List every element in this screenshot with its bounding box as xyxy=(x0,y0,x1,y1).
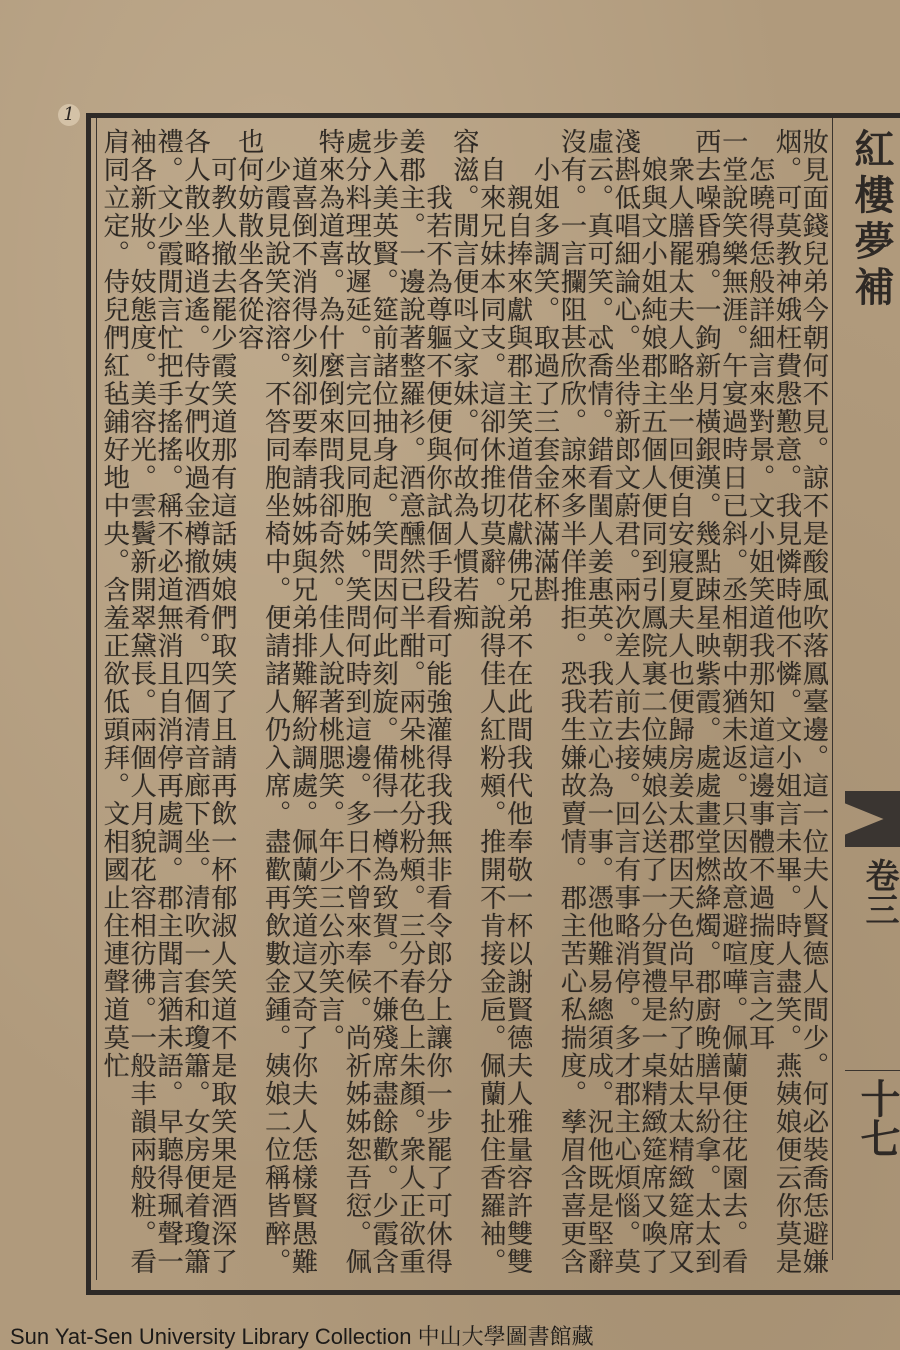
text-column: 怎曉得恁般詳細言來對景。文小姐笑道我那知道這邊事體不過揣度言之耳 xyxy=(747,128,774,1273)
text-column: 肩同立定。侍兒們紅毡鋪好地中央。含羞正欲低頭拜。文相國止住連聲道莫忙 xyxy=(102,128,129,1273)
text-column: 容滋。閒言便呌文家妹。何故為人慣若痴 xyxy=(452,128,479,1273)
text-column: 沒有。一言攔阻甚欣欣。諒來多半佯推拒。恐我生嫌故賣情。郡主苦心私揣度。孳眉含喜更… xyxy=(559,128,586,1273)
book-title: 紅樓夢補 xyxy=(845,128,900,312)
page-number: 十七 xyxy=(851,1078,900,1158)
text-column: 可教人撤去罷少霞笑道那有這話姨娘們取笑了且請再飲一杯郁淑人笑道不是取笑果是酒深了… xyxy=(210,128,237,1273)
text-column: 烟。可莫教神娥枉費慇懃意。我見憐時他不憐。文小姐言未畢。時人盡笑。燕姨娘便云你莫… xyxy=(774,128,801,1273)
text-column: 衆人膳罷太夫人略坐一回便自安寢夏夫人也便歸房姜太郡因天色尚早約了姑太太精緻筵席又… xyxy=(667,128,694,1273)
text-column: 處分料理故遲延。言完回見同胞姊。笑問何時到這邊。多日不曾來奉候。尚祈姊姊恕吾愆。… xyxy=(344,128,371,1273)
band-divider-rule xyxy=(832,118,833,1260)
collection-credit-zh: 中山大學圖書館藏 xyxy=(418,1325,594,1350)
text-column: 自來兄妹本同支。這卻休推切莫辭。說得佳人紅粉頰。推開不肯接金巵。佩蘭扯住香羅袖。… xyxy=(478,128,505,1273)
volume-label: 卷三 xyxy=(849,858,900,926)
text-column: 也何妨散坐各從容 xyxy=(236,128,263,1273)
text-column: 娘與文小姐純娘郡主五個人便同到引鳳院裏二位姨娘公送了一分賀禮是一桌精緻筵席又喚了… xyxy=(640,128,667,1273)
text-column: 禮。文少霞閒言忙把手搖搖。稱不必道無消且自消停再處調。郡主聞言猶未語。早聽得珮聲… xyxy=(156,128,183,1273)
text-column: 各人散坐略逍遙。侍女們收過金樽撤酒肴。四個清音廊下坐。清吹一套和瓊簫。女房便着瓊… xyxy=(183,128,210,1273)
text-column: 少霞見說笑溶溶。不答同胞坐椅中。便請諸人仍入席。盡歡再飲數金鍾。姨娘二位稱皆醉。… xyxy=(263,128,290,1273)
text-column: 姜郡主。一邊說著整羅衫。酒意醺然已半酣。兩朵桃花分粉頰。三分春色上朱顏。衆人正欲… xyxy=(398,128,425,1273)
frame-inner-rule xyxy=(96,118,97,1280)
collection-credit-en: Sun Yat-Sen University Library Collectio… xyxy=(10,1324,411,1349)
collection-credit: Sun Yat-Sen University Library Collectio… xyxy=(10,1320,594,1350)
text-column: 親自捧來獻與郡主笑道借花獻佛兄弟不在此間我代他奉敬一杯以謝賢德夫人雅量容許雙雙納… xyxy=(505,128,532,1273)
text-column: 淺斟低唱細論心。坐待新郎文蔚君。兩次差人前去接。回言有事略消停。多才郡主心煩惱。… xyxy=(613,128,640,1273)
band-rule xyxy=(845,1070,900,1071)
text-column: 西去噪昏鴉。一鉤新月橫銀漢。幾點踈星映紫霞。處處畫堂燃絳燭。郡廚晚膳早紛拿。太太… xyxy=(694,128,721,1273)
text-column: 特來為道喜。為什麼倒來問我卻奇然。佳人說著桃腮笑。年少三公亦笑言。 xyxy=(317,128,344,1273)
fish-tail-mark-icon xyxy=(845,791,900,847)
text-column: 我若不為尊軀不便便與你試個手段看可能強灌得我我無非看令郎分上讓你一步罷了可休得意 xyxy=(425,128,452,1273)
text-column: 一堂說笑樂無涯。午宴過時日已斜。丞相朝中猶未返。只因故意避喧嘩。佩蘭便往花園去。… xyxy=(720,128,747,1273)
scanned-page: 1 紅樓夢補 卷三 十七 妝見面錢兒弟今朝何不見。諒不是酸風吹落鳳臺邊。這一位夫… xyxy=(0,0,900,1350)
text-column: 妝見面錢兒弟今朝何不見。諒不是酸風吹落鳳臺邊。這一位夫人賢德人間少。何必裝喬恁避… xyxy=(801,128,828,1273)
text-column: 道喜倒不消得少刻卻要奉請姊姊與兄弟排難解紛調處。佩蘭笑道這又奇了你夫人恁樣賢愚難… xyxy=(290,128,317,1273)
text-column: 袖各新妝。妓態度。美容光。雲鬢新開翠黛長。兩個人月貌花容相彷彿。一般丰韻兩般粧。… xyxy=(129,128,156,1273)
edge-band: 紅樓夢補 卷三 十七 xyxy=(845,118,900,1285)
text-column: 小姐多調笑。取過了三套金杯滿滿斟 xyxy=(532,128,559,1273)
handwritten-page-mark: 1 xyxy=(58,104,80,126)
text-column: 步入美英賢。筵前諸位抽身起。笑問因何此刻旋。備得一樽為致賀。不嫌殘席盡餘歡。少霞… xyxy=(371,128,398,1273)
vertical-text-body: 妝見面錢兒弟今朝何不見。諒不是酸風吹落鳳臺邊。這一位夫人賢德人間少。何必裝喬恁避… xyxy=(102,128,828,1273)
text-column: 虛云。真可笑。忒喬情。錯看閨人姜惠英。我若立心為一事。憑他難易總須成。況他既是堅… xyxy=(586,128,613,1273)
